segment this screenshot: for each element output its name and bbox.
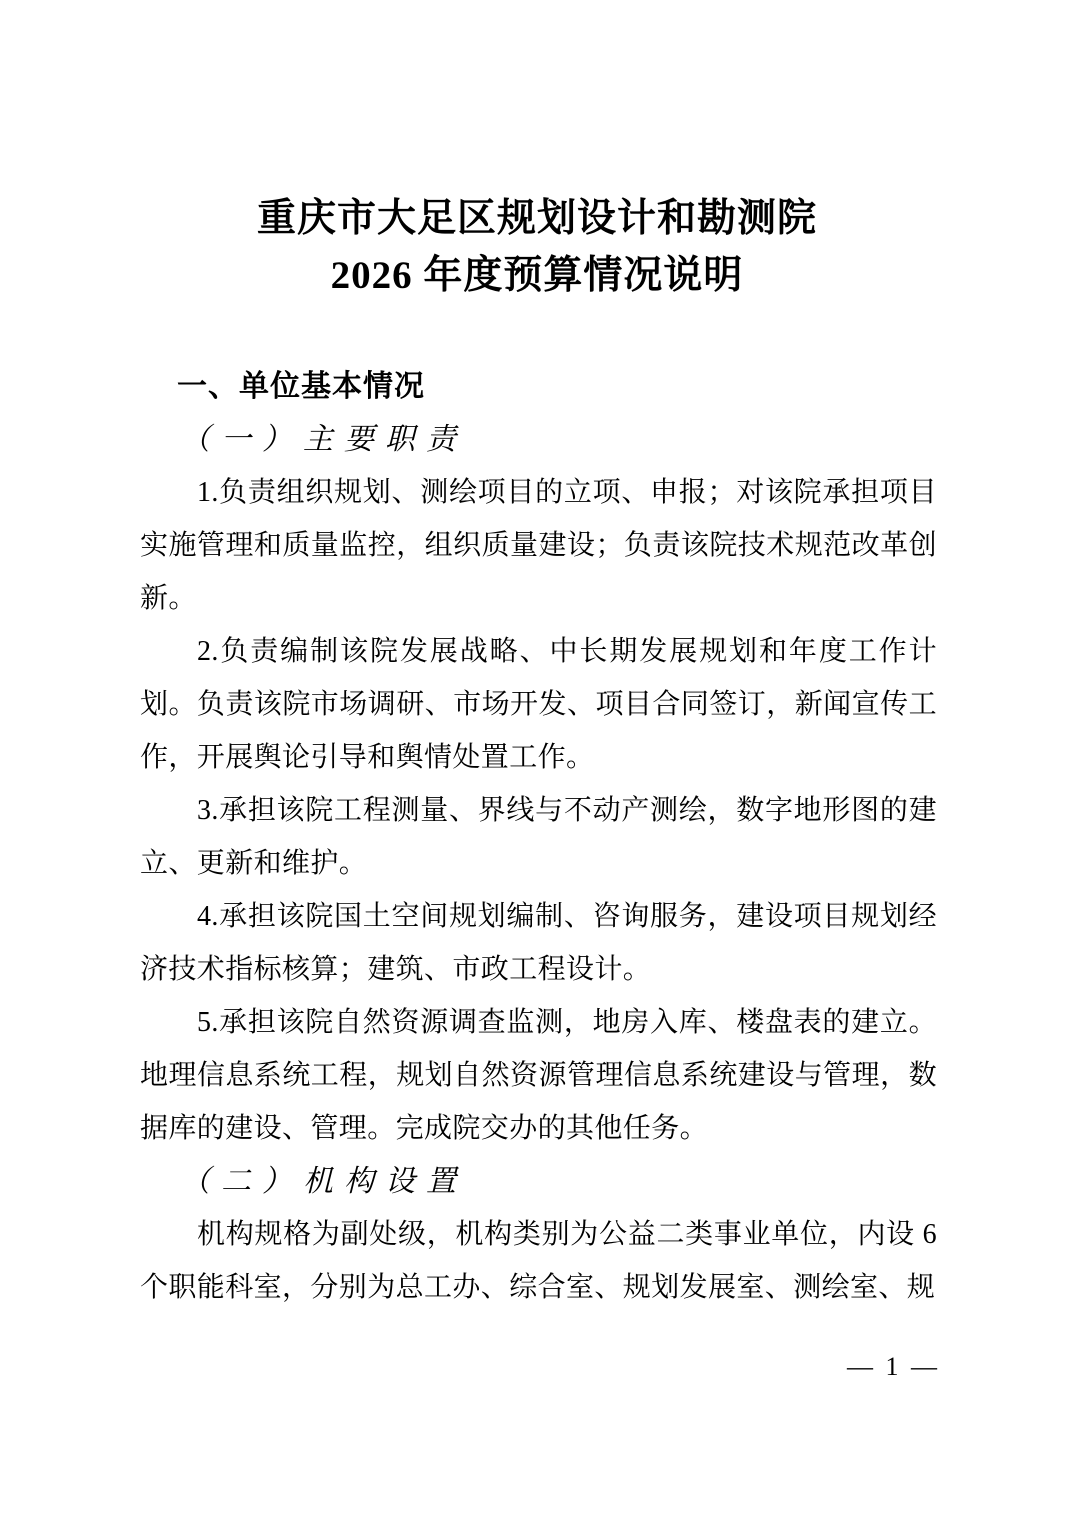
subsection-heading: （二）机构设置 — [140, 1155, 937, 1208]
document-title-line1: 重庆市大足区规划设计和勘测院 — [0, 190, 1074, 247]
subsection-heading: （一）主要职责 — [140, 413, 937, 466]
body-paragraph: 3.承担该院工程测量、界线与不动产测绘，数字地形图的建立、更新和维护。 — [140, 784, 937, 890]
document-page: 重庆市大足区规划设计和勘测院 2026 年度预算情况说明 一、单位基本情况（一）… — [0, 0, 1074, 1520]
body-paragraph: 1.负责组织规划、测绘项目的立项、申报；对该院承担项目实施管理和质量监控，组织质… — [140, 466, 937, 625]
body-paragraph: 5.承担该院自然资源调查监测，地房入库、楼盘表的建立。地理信息系统工程，规划自然… — [140, 996, 937, 1155]
document-title: 重庆市大足区规划设计和勘测院 2026 年度预算情况说明 — [0, 0, 1074, 304]
document-title-line2: 2026 年度预算情况说明 — [0, 247, 1074, 304]
page-number: — 1 — — [847, 1352, 940, 1382]
section-heading: 一、单位基本情况 — [140, 360, 937, 413]
body-paragraph: 机构规格为副处级，机构类别为公益二类事业单位，内设 6 个职能科室，分别为总工办… — [140, 1208, 937, 1314]
body-paragraph: 2.负责编制该院发展战略、中长期发展规划和年度工作计划。负责该院市场调研、市场开… — [140, 625, 937, 784]
body-paragraph: 4.承担该院国土空间规划编制、咨询服务，建设项目规划经济技术指标核算；建筑、市政… — [140, 890, 937, 996]
document-body: 一、单位基本情况（一）主要职责1.负责组织规划、测绘项目的立项、申报；对该院承担… — [140, 360, 937, 1314]
